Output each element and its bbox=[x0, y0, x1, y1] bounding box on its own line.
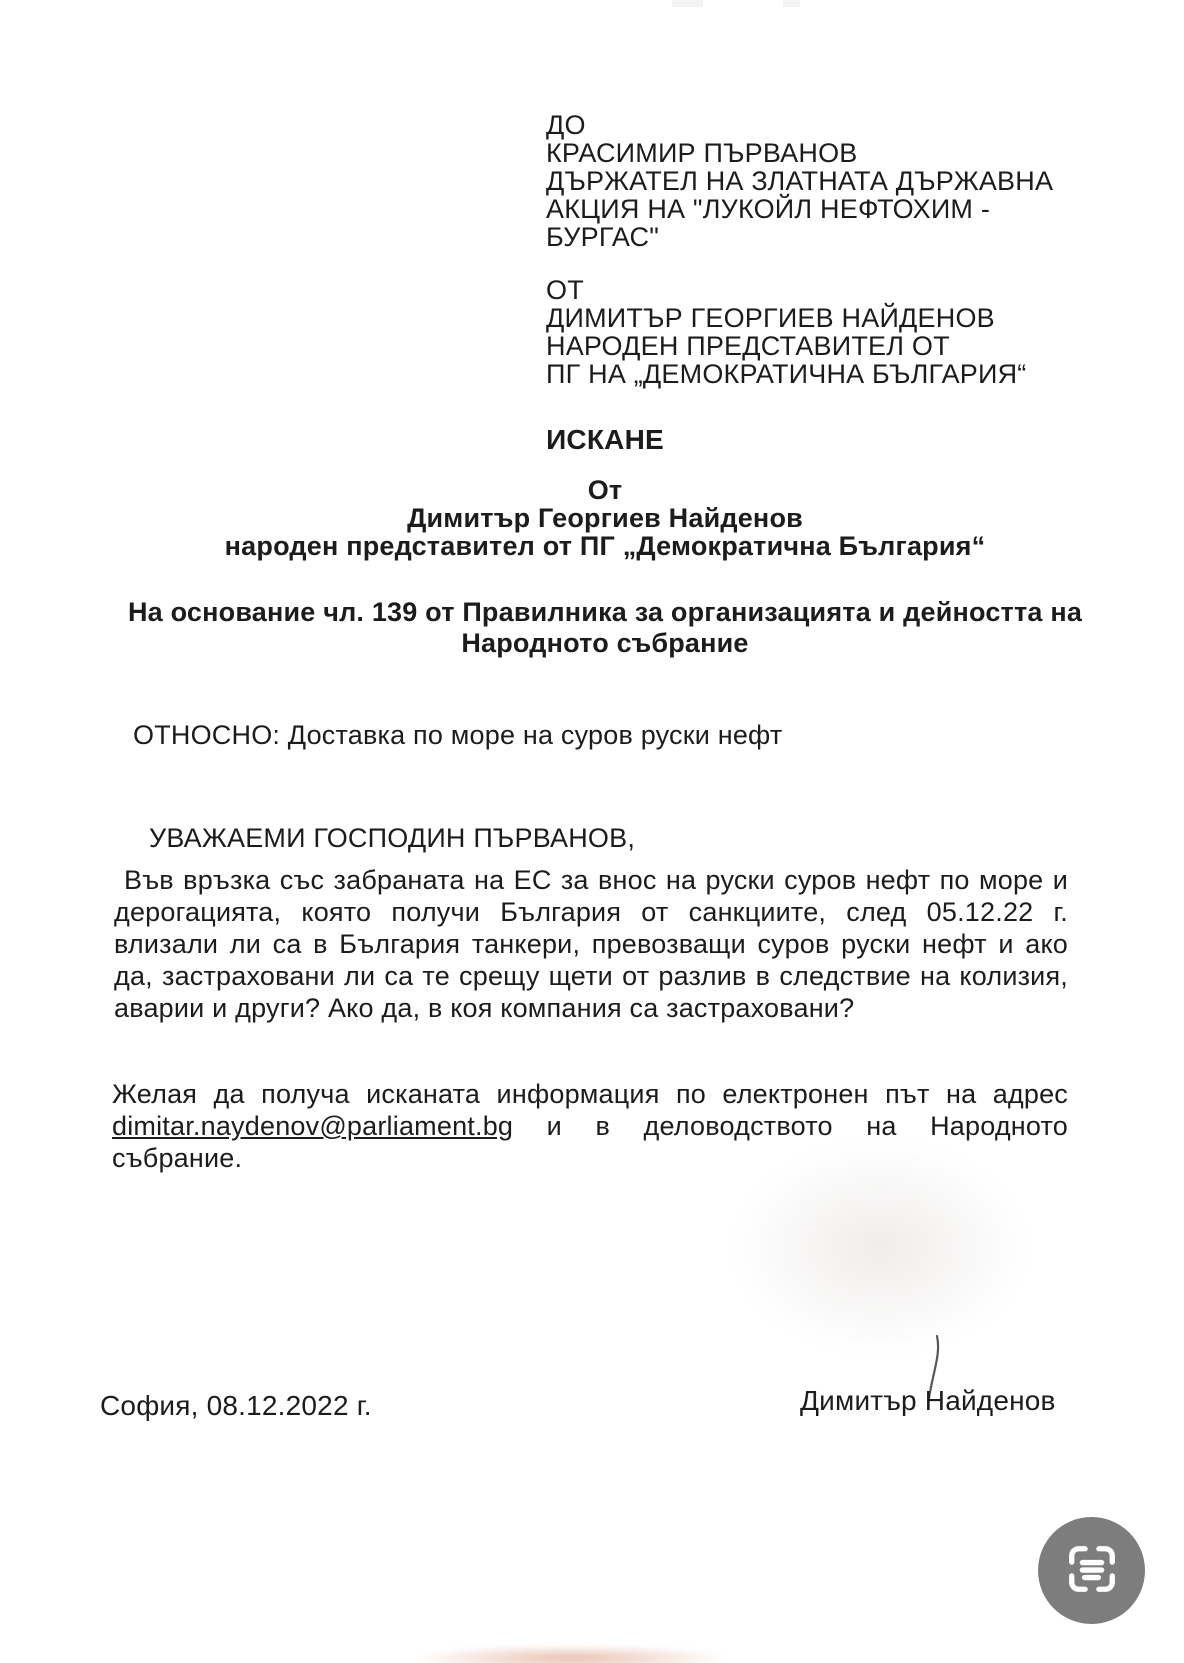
scan-smudge bbox=[730, 1140, 1030, 1355]
sender-line: ПГ НА „ДЕМОКРАТИЧНА БЪЛГАРИЯ“ bbox=[546, 360, 1126, 388]
email-link[interactable]: dimitar.naydenov@parliament.bg bbox=[112, 1111, 513, 1141]
recipient-line: ДО bbox=[546, 111, 1126, 139]
salutation: УВАЖАЕМИ ГОСПОДИН ПЪРВАНОВ, bbox=[149, 824, 635, 852]
paragraph-2-text: Желая да получа исканата информация по е… bbox=[112, 1079, 1068, 1109]
author-block: От Димитър Георгиев Найденов народен пре… bbox=[26, 476, 1184, 560]
recipient-line: ДЪРЖАТЕЛ НА ЗЛАТНАТА ДЪРЖАВНА bbox=[546, 167, 1126, 195]
signature-name: Димитър Найденов bbox=[800, 1387, 1056, 1415]
recipient-line: АКЦИЯ НА "ЛУКОЙЛ НЕФТОХИМ - bbox=[546, 195, 1126, 223]
sender-line: ДИМИТЪР ГЕОРГИЕВ НАЙДЕНОВ bbox=[546, 304, 1126, 332]
document-title: ИСКАНЕ bbox=[26, 426, 1184, 454]
body-paragraph-1: Във връзка със забраната на ЕС за внос н… bbox=[114, 864, 1068, 1024]
scan-smudge bbox=[415, 1645, 725, 1663]
author-line: народен представител от ПГ „Демократична… bbox=[26, 532, 1184, 560]
legal-basis-line: На основание чл. 139 от Правилника за ор… bbox=[26, 597, 1184, 628]
author-line: От bbox=[26, 476, 1184, 504]
legal-basis-line: Народното събрание bbox=[26, 628, 1184, 659]
document-page: ДО КРАСИМИР ПЪРВАНОВ ДЪРЖАТЕЛ НА ЗЛАТНАТ… bbox=[0, 0, 1184, 1663]
recipient-line: БУРГАС" bbox=[546, 223, 1126, 251]
recipient-block: ДО КРАСИМИР ПЪРВАНОВ ДЪРЖАТЕЛ НА ЗЛАТНАТ… bbox=[546, 111, 1126, 251]
sender-line: ОТ bbox=[546, 276, 1126, 304]
sender-block: ОТ ДИМИТЪР ГЕОРГИЕВ НАЙДЕНОВ НАРОДЕН ПРЕ… bbox=[546, 276, 1126, 388]
sender-line: НАРОДЕН ПРЕДСТАВИТЕЛ ОТ bbox=[546, 332, 1126, 360]
scan-artifact bbox=[783, 0, 800, 7]
legal-basis-block: На основание чл. 139 от Правилника за ор… bbox=[26, 597, 1184, 659]
author-line: Димитър Георгиев Найденов bbox=[26, 504, 1184, 532]
scan-text-icon bbox=[1060, 1537, 1124, 1604]
scan-text-button[interactable] bbox=[1038, 1517, 1145, 1624]
scan-artifact bbox=[672, 0, 703, 7]
place-date: София, 08.12.2022 г. bbox=[100, 1392, 372, 1420]
subject-line: ОТНОСНО: Доставка по море на суров руски… bbox=[133, 721, 782, 749]
recipient-line: КРАСИМИР ПЪРВАНОВ bbox=[546, 139, 1126, 167]
